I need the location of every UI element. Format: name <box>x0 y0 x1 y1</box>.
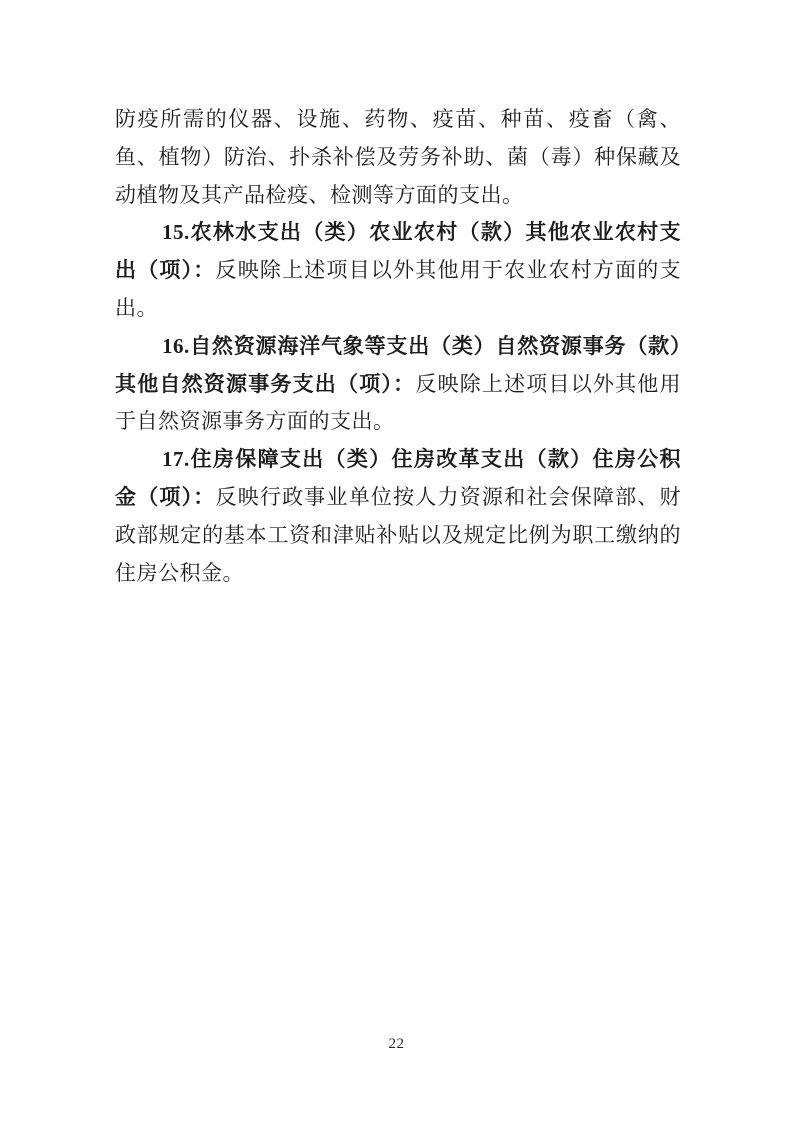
paragraph: 防疫所需的仪器、设施、药物、疫苗、种苗、疫畜（禽、鱼、植物）防治、扑杀补偿及劳务… <box>115 101 681 214</box>
document-page: 防疫所需的仪器、设施、药物、疫苗、种苗、疫畜（禽、鱼、植物）防治、扑杀补偿及劳务… <box>0 0 793 1122</box>
document-body: 防疫所需的仪器、设施、药物、疫苗、种苗、疫畜（禽、鱼、植物）防治、扑杀补偿及劳务… <box>115 101 681 592</box>
paragraph: 16.自然资源海洋气象等支出（类）自然资源事务（款）其他自然资源事务支出（项）：… <box>115 328 681 441</box>
clause-text: 防疫所需的仪器、设施、药物、疫苗、种苗、疫畜（禽、鱼、植物）防治、扑杀补偿及劳务… <box>115 107 681 207</box>
page-number: 22 <box>0 1036 793 1053</box>
paragraph: 17.住房保障支出（类）住房改革支出（款）住房公积金（项）：反映行政事业单位按人… <box>115 441 681 592</box>
paragraph: 15.农林水支出（类）农业农村（款）其他农业农村支出（项）：反映除上述项目以外其… <box>115 214 681 327</box>
